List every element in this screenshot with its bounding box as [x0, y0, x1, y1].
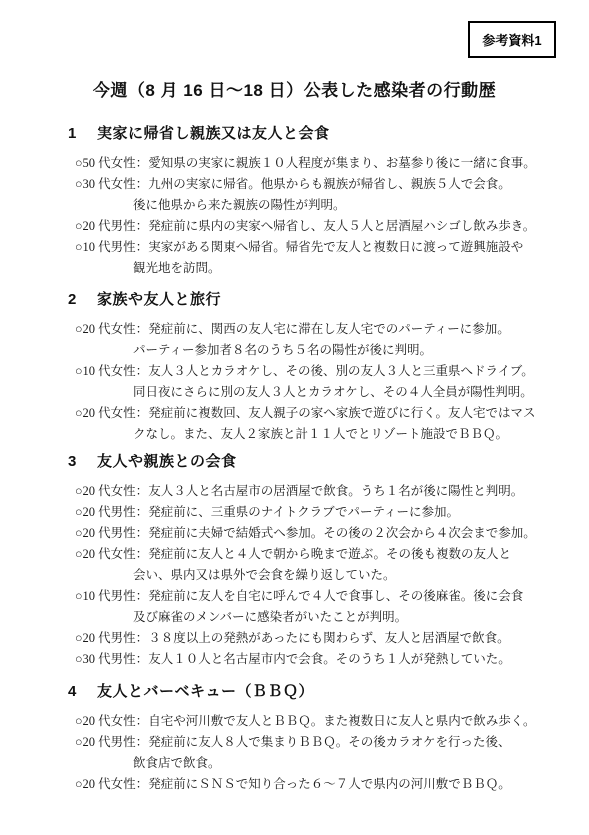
entry-label: ○20 代男性：	[75, 631, 148, 645]
section-number: 3	[68, 453, 97, 471]
section-1: 1実家に帰省し親族又は友人と会食○50 代女性：愛知県の実家に親族１０人程度が集…	[0, 125, 589, 279]
entry-line: ○30 代男性：友人１０人と名古屋市内で会食。そのうち１人が発熱していた。	[0, 649, 589, 670]
entry-label: ○10 代男性：	[75, 240, 148, 254]
entry-line: ○20 代女性：発症前に友人と４人で朝から晩まで遊ぶ。その後も複数の友人と	[0, 544, 589, 565]
section-number: 1	[68, 125, 97, 143]
reference-label-box: 参考資料1	[468, 21, 556, 58]
section-number: 2	[68, 291, 97, 309]
section-4: 4友人とバーベキュー（ＢＢＱ）○20 代女性：自宅や河川敷で友人とＢＢＱ。また複…	[0, 683, 589, 795]
entry-text: 発症前にＳＮＳで知り合った６～７人で県内の河川敷でＢＢＱ。	[148, 777, 511, 791]
entry-label: ○20 代女性：	[75, 484, 148, 498]
entry-text: 友人３人と名古屋市の居酒屋で飲食。うち１名が後に陽性と判明。	[148, 484, 523, 498]
entry-continuation-line: 飲食店で飲食。	[0, 753, 589, 774]
entry-label: ○20 代男性：	[75, 526, 148, 540]
entry-label: ○30 代女性：	[75, 177, 148, 191]
entry-line: ○20 代男性：３８度以上の発熱があったにも関わらず、友人と居酒屋で飲食。	[0, 628, 589, 649]
entry-line: ○10 代男性：実家がある関東へ帰省。帰省先で友人と複数日に渡って遊興施設や	[0, 237, 589, 258]
entry-label: ○20 代女性：	[75, 322, 148, 336]
entry-continuation-line: パーティー参加者８名のうち５名の陽性が後に判明。	[0, 340, 589, 361]
entry-continuation-line: クなし。また、友人２家族と計１１人でとリゾート施設でＢＢＱ。	[0, 424, 589, 445]
entry-line: ○20 代男性：発症前に県内の実家へ帰省し、友人５人と居酒屋ハシゴし飲み歩き。	[0, 216, 589, 237]
section-number: 4	[68, 683, 97, 701]
entry-text: 発症前に、三重県のナイトクラブでパーティーに参加。	[148, 505, 459, 519]
entry-text: 友人１０人と名古屋市内で会食。そのうち１人が発熱していた。	[148, 652, 511, 666]
section-2: 2家族や友人と旅行○20 代女性：発症前に、関西の友人宅に滞在し友人宅でのパーテ…	[0, 291, 589, 445]
section-heading: 4友人とバーベキュー（ＢＢＱ）	[0, 683, 589, 701]
entry-label: ○20 代男性：	[75, 505, 148, 519]
entry-text: 九州の実家に帰省。他県からも親族が帰省し、親族５人で会食。	[148, 177, 511, 191]
entry-line: ○20 代女性：発症前に、関西の友人宅に滞在し友人宅でのパーティーに参加。	[0, 319, 589, 340]
entry-text: 発症前に複数回、友人親子の家へ家族で遊びに行く。友人宅ではマス	[148, 406, 535, 420]
reference-label: 参考資料1	[482, 30, 541, 49]
entry-text: 発症前に友人８人で集まりＢＢＱ。その後カラオケを行った後、	[148, 735, 510, 749]
entry-label: ○20 代男性：	[75, 219, 148, 233]
entry-line: ○20 代女性：友人３人と名古屋市の居酒屋で飲食。うち１名が後に陽性と判明。	[0, 481, 589, 502]
entry-label: ○50 代女性：	[75, 156, 148, 170]
section-heading: 1実家に帰省し親族又は友人と会食	[0, 125, 589, 143]
section-heading-text: 友人とバーベキュー（ＢＢＱ）	[97, 683, 314, 700]
entry-line: ○50 代女性：愛知県の実家に親族１０人程度が集まり、お墓参り後に一緒に食事。	[0, 153, 589, 174]
entry-text: ３８度以上の発熱があったにも関わらず、友人と居酒屋で飲食。	[148, 631, 509, 645]
page-title: 今週（8 月 16 日～18 日）公表した感染者の行動歴	[0, 76, 589, 101]
entry-line: ○20 代男性：発症前に、三重県のナイトクラブでパーティーに参加。	[0, 502, 589, 523]
section-heading: 3友人や親族との会食	[0, 453, 589, 471]
entry-continuation-line: 観光地を訪問。	[0, 258, 589, 279]
section-heading: 2家族や友人と旅行	[0, 291, 589, 309]
entry-text: 発症前に友人と４人で朝から晩まで遊ぶ。その後も複数の友人と	[148, 547, 511, 561]
entry-line: ○20 代女性：発症前に複数回、友人親子の家へ家族で遊びに行く。友人宅ではマス	[0, 403, 589, 424]
entry-line: ○20 代男性：発症前に夫婦で結婚式へ参加。その後の２次会から４次会まで参加。	[0, 523, 589, 544]
entry-line: ○10 代男性：発症前に友人を自宅に呼んで４人で食事し、その後麻雀。後に会食	[0, 586, 589, 607]
entry-continuation-line: 同日夜にさらに別の友人３人とカラオケし、その４人全員が陽性判明。	[0, 382, 589, 403]
entry-label: ○10 代男性：	[75, 589, 148, 603]
sections-container: 1実家に帰省し親族又は友人と会食○50 代女性：愛知県の実家に親族１０人程度が集…	[0, 125, 589, 795]
section-heading-text: 実家に帰省し親族又は友人と会食	[97, 125, 330, 142]
entry-label: ○10 代女性：	[75, 364, 148, 378]
entry-line: ○10 代女性：友人３人とカラオケし、その後、別の友人３人と三重県へドライブ。	[0, 361, 589, 382]
document-page: 参考資料1 今週（8 月 16 日～18 日）公表した感染者の行動歴 1実家に帰…	[0, 0, 589, 835]
entry-text: 発症前に夫婦で結婚式へ参加。その後の２次会から４次会まで参加。	[148, 526, 536, 540]
entry-text: 実家がある関東へ帰省。帰省先で友人と複数日に渡って遊興施設や	[148, 240, 523, 254]
section-heading-text: 友人や親族との会食	[97, 453, 237, 470]
section-heading-text: 家族や友人と旅行	[97, 291, 221, 308]
entry-text: 愛知県の実家に親族１０人程度が集まり、お墓参り後に一緒に食事。	[148, 156, 536, 170]
entry-continuation-line: 及び麻雀のメンバーに感染者がいたことが判明。	[0, 607, 589, 628]
entry-label: ○30 代男性：	[75, 652, 148, 666]
entry-text: 友人３人とカラオケし、その後、別の友人３人と三重県へドライブ。	[148, 364, 534, 378]
entry-label: ○20 代男性：	[75, 735, 148, 749]
entry-text: 自宅や河川敷で友人とＢＢＱ。また複数日に友人と県内で飲み歩く。	[148, 714, 535, 728]
entry-text: 発症前に、関西の友人宅に滞在し友人宅でのパーティーに参加。	[148, 322, 510, 336]
entry-continuation-line: 会い、県内又は県外で会食を繰り返していた。	[0, 565, 589, 586]
entry-line: ○20 代男性：発症前に友人８人で集まりＢＢＱ。その後カラオケを行った後、	[0, 732, 589, 753]
entry-line: ○20 代女性：発症前にＳＮＳで知り合った６～７人で県内の河川敷でＢＢＱ。	[0, 774, 589, 795]
entry-text: 発症前に友人を自宅に呼んで４人で食事し、その後麻雀。後に会食	[148, 589, 523, 603]
entry-text: 発症前に県内の実家へ帰省し、友人５人と居酒屋ハシゴし飲み歩き。	[148, 219, 535, 233]
entry-line: ○20 代女性：自宅や河川敷で友人とＢＢＱ。また複数日に友人と県内で飲み歩く。	[0, 711, 589, 732]
entry-label: ○20 代女性：	[75, 714, 148, 728]
section-3: 3友人や親族との会食○20 代女性：友人３人と名古屋市の居酒屋で飲食。うち１名が…	[0, 453, 589, 670]
entry-label: ○20 代女性：	[75, 406, 148, 420]
entry-line: ○30 代女性：九州の実家に帰省。他県からも親族が帰省し、親族５人で会食。	[0, 174, 589, 195]
entry-continuation-line: 後に他県から来た親族の陽性が判明。	[0, 195, 589, 216]
entry-label: ○20 代女性：	[75, 777, 148, 791]
entry-label: ○20 代女性：	[75, 547, 148, 561]
